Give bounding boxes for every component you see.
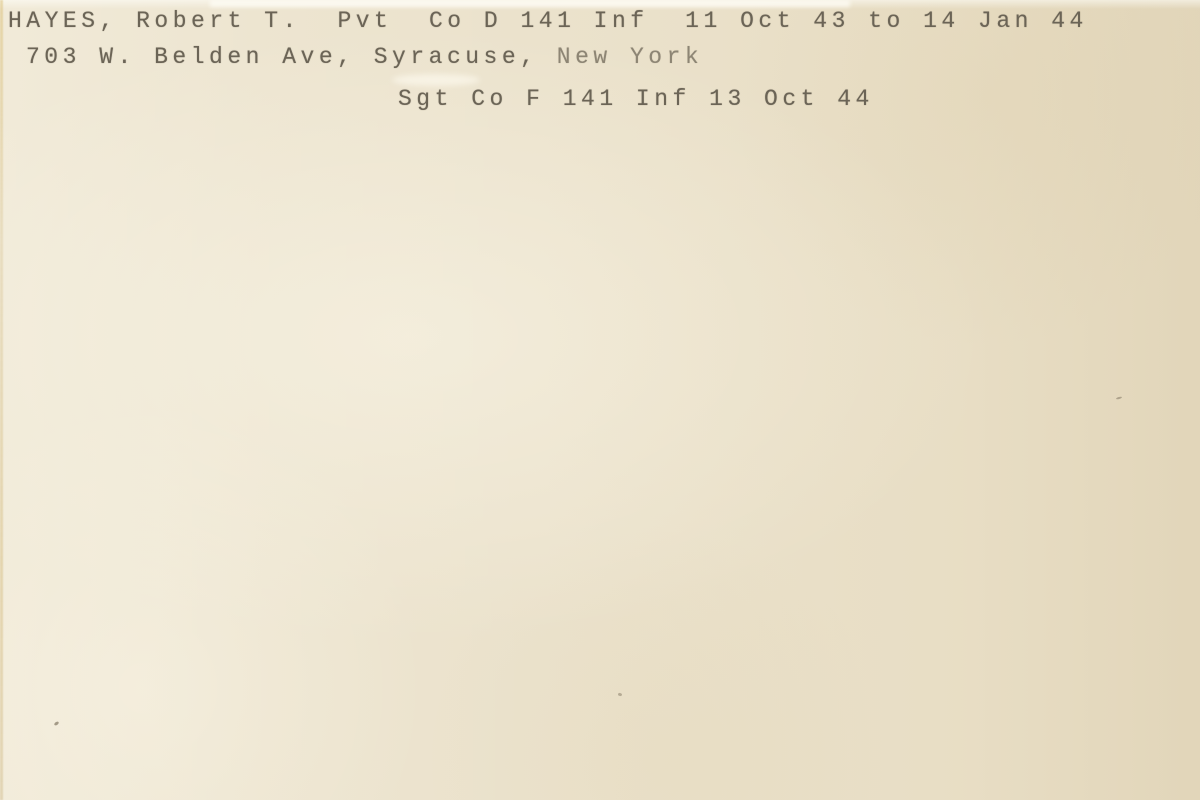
paper-smudge xyxy=(392,74,480,86)
paper-speck xyxy=(618,692,623,696)
scan-left-edge-shading xyxy=(0,0,3,800)
scan-top-edge-highlight xyxy=(210,0,850,7)
paper-speck xyxy=(1116,396,1122,399)
record-line-address: 703 W. Belden Ave, Syracuse, New York xyxy=(26,44,703,70)
index-card: HAYES, Robert T. Pvt Co D 141 Inf 11 Oct… xyxy=(0,0,1200,800)
record-line-name-rank-unit-dates: HAYES, Robert T. Pvt Co D 141 Inf 11 Oct… xyxy=(8,8,1088,34)
address-state-faint-text: New York xyxy=(557,44,703,70)
record-line-promotion: Sgt Co F 141 Inf 13 Oct 44 xyxy=(398,86,874,112)
address-text: 703 W. Belden Ave, Syracuse, xyxy=(26,44,557,70)
paper-speck xyxy=(54,721,60,726)
